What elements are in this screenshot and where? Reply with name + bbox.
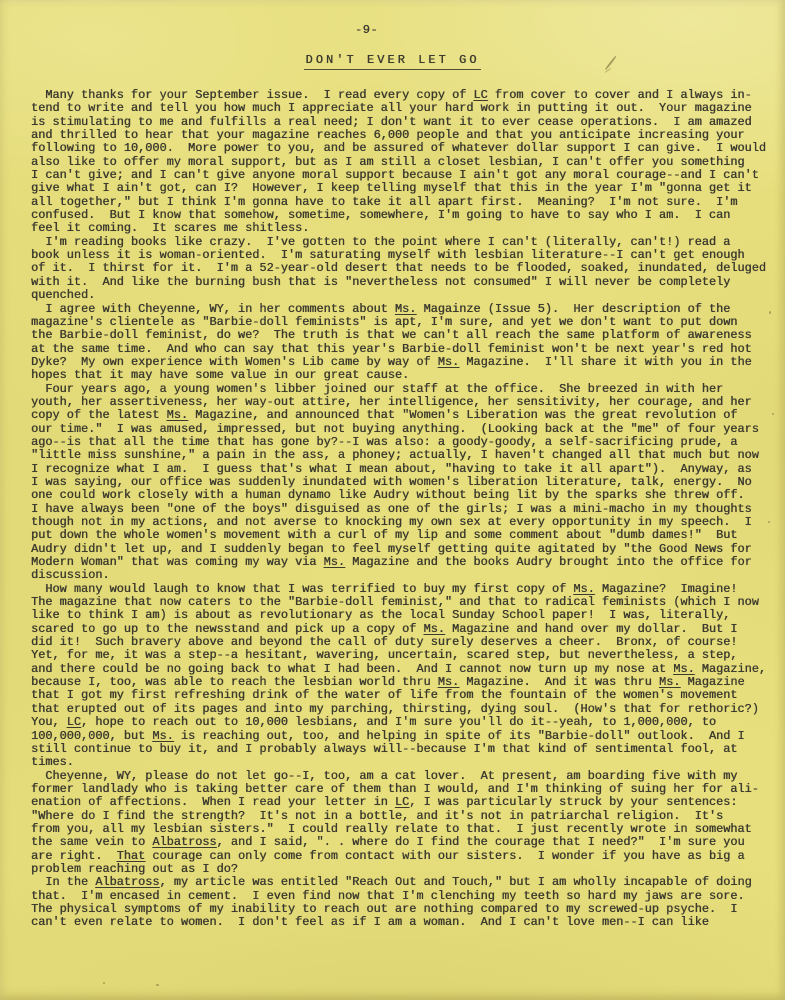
paper-speck [156, 984, 159, 986]
text-line: the same vein to Albatross, and I said, … [31, 836, 767, 849]
text-line: 100,000,000, but Ms. is reaching out, to… [31, 730, 767, 743]
text-line: How many would laugh to know that I was … [31, 583, 767, 596]
text-line: with it. And like the burning bush that … [31, 276, 767, 289]
text-line: In the Albatross, my article was entitle… [31, 876, 767, 889]
paragraph: Many thanks for your September issue. I … [31, 89, 767, 236]
text-line: I was saying, our office was suddenly in… [31, 476, 767, 489]
text-line: because I, too, was able to reach the le… [31, 676, 767, 689]
paper-speck [768, 521, 770, 523]
text-line: discussion. [31, 569, 767, 582]
text-line: and there could be no going back to what… [31, 663, 767, 676]
text-line: and thrilled to hear that your magazine … [31, 129, 767, 142]
paragraph: I agree with Cheyenne, WY, in her commen… [31, 303, 767, 383]
title-row: DON'T EVER LET GO [0, 50, 785, 70]
text-line: Yet, for me, it was a step--a hesitant, … [31, 649, 767, 662]
text-line: youth, her assertiveness, her way-out at… [31, 396, 767, 409]
page-number: -9- [0, 23, 759, 37]
text-line: book unless it is woman-oriented. I'm sa… [31, 249, 767, 262]
text-line: Audry didn't let up, and I suddenly bega… [31, 543, 767, 556]
text-line: of it. I thirst for it. I'm a 52-year-ol… [31, 262, 767, 275]
text-line: put down the whole women's movement with… [31, 529, 767, 542]
paragraph: Cheyenne, WY, please do not let go--I, t… [31, 770, 767, 877]
text-line: though not in my actions, and not averse… [31, 516, 767, 529]
text-line: also like to offer my moral support, but… [31, 156, 767, 169]
text-line: magazine's clientele as "Barbie-doll fem… [31, 316, 767, 329]
paragraph: How many would laugh to know that I was … [31, 583, 767, 770]
text-line: following to 10,000. More power to you, … [31, 142, 767, 155]
text-line: hopes that it may have some value in our… [31, 369, 767, 382]
text-line: I have always been "one of the boys" dis… [31, 503, 767, 516]
paragraph: In the Albatross, my article was entitle… [31, 876, 767, 929]
text-line: scared to go up to the newsstand and pic… [31, 623, 767, 636]
text-line: I recognize what I am. I guess that's wh… [31, 463, 767, 476]
text-line: The physical symptoms of my inability to… [31, 903, 767, 916]
text-line: The magazine that now caters to the "Bar… [31, 596, 767, 609]
paper-speck [103, 982, 105, 984]
text-line: that erupted out of its pages and into m… [31, 703, 767, 716]
text-line: can't even relate to women. I don't feel… [31, 916, 767, 929]
text-line: from you, all my lesbian sisters." I cou… [31, 823, 767, 836]
paragraph: Four years ago, a young women's libber j… [31, 383, 767, 583]
paragraph: I'm reading books like crazy. I've gotte… [31, 236, 767, 303]
text-line: ago--is that all the time that has gone … [31, 436, 767, 449]
text-line: is stimulating to me and fulfills a real… [31, 116, 767, 129]
paper-speck [772, 413, 774, 415]
text-line: Dyke? My own experience with Women's Lib… [31, 356, 767, 369]
text-line: feel it coming. It scares me shitless. [31, 222, 767, 235]
text-line: times. [31, 756, 767, 769]
text-line: that. I'm encased in cement. I even find… [31, 890, 767, 903]
text-line: copy of the latest Ms. Magazine, and ann… [31, 409, 767, 422]
text-line: one could work closely with a human dyna… [31, 489, 767, 502]
text-line: I can't give; and I can't give anyone mo… [31, 169, 767, 182]
text-line: Four years ago, a young women's libber j… [31, 383, 767, 396]
text-line: "little miss sunshine," a pain in the as… [31, 449, 767, 462]
text-line: former landlady who is taking better car… [31, 783, 767, 796]
text-line: tend to write and tell you how much I ap… [31, 102, 767, 115]
text-line: like to think I am) is about as revoluti… [31, 609, 767, 622]
paper-speck [769, 311, 771, 314]
text-line: I agree with Cheyenne, WY, in her commen… [31, 303, 767, 316]
text-line: Cheyenne, WY, please do not let go--I, t… [31, 770, 767, 783]
text-line: confused. But I know that somehow, somet… [31, 209, 767, 222]
text-line: that I got my first refreshing drink of … [31, 689, 767, 702]
text-line: I'm reading books like crazy. I've gotte… [31, 236, 767, 249]
text-line: all together," but I think I'm gonna hav… [31, 196, 767, 209]
text-line: are right. That courage can only come fr… [31, 850, 767, 863]
text-line: enation of affections. When I read your … [31, 796, 767, 809]
text-line: You, LC, hope to reach out to 10,000 les… [31, 716, 767, 729]
text-line: still continue to buy it, and I probably… [31, 743, 767, 756]
page-title: DON'T EVER LET GO [304, 53, 480, 70]
text-line: quenched. [31, 289, 767, 302]
text-line: the Barbie-doll feminist, do we? The tru… [31, 329, 767, 342]
text-line: at the same time. And who can say that t… [31, 343, 767, 356]
text-line: Many thanks for your September issue. I … [31, 89, 767, 102]
document-page: -9- DON'T EVER LET GO Many thanks for yo… [0, 0, 785, 1000]
text-line: "Where do I find the strength? It's not … [31, 810, 767, 823]
text-line: did it! Such bravery above and beyond th… [31, 636, 767, 649]
text-line: our time." I was amused, impressed, but … [31, 423, 767, 436]
text-line: Modern Woman" that was coming my way via… [31, 556, 767, 569]
text-line: problem reaching out as I do? [31, 863, 767, 876]
document-body: Many thanks for your September issue. I … [31, 89, 767, 930]
text-line: give what I ain't got, can I? However, I… [31, 182, 767, 195]
